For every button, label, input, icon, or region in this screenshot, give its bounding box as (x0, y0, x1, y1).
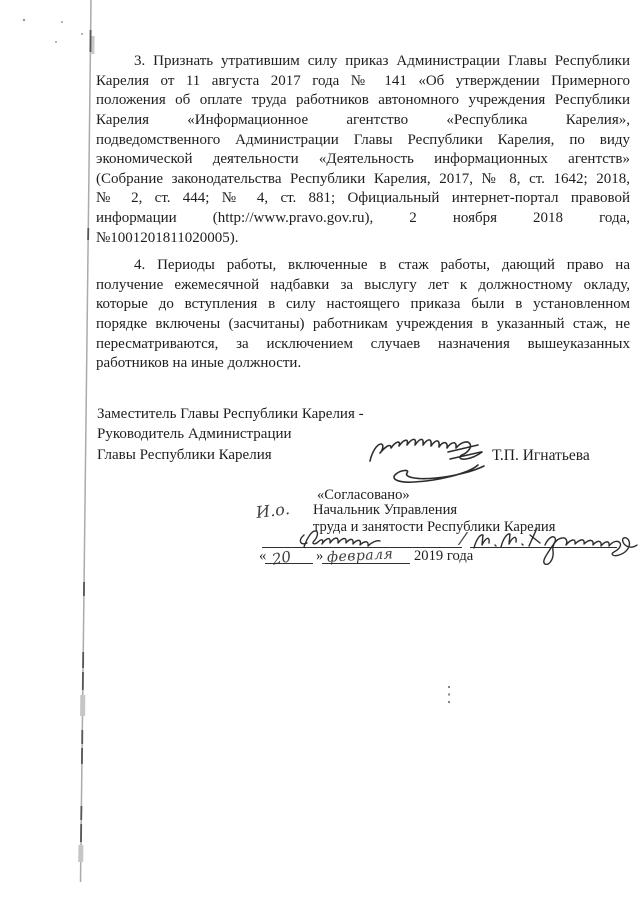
date-year-label: 2019 года (414, 548, 473, 565)
date-month-line (322, 549, 410, 564)
document-page: 3. Признать утратившим силу приказ Админ… (0, 0, 640, 905)
approver-signatures (0, 0, 640, 905)
date-day-line (265, 549, 313, 564)
